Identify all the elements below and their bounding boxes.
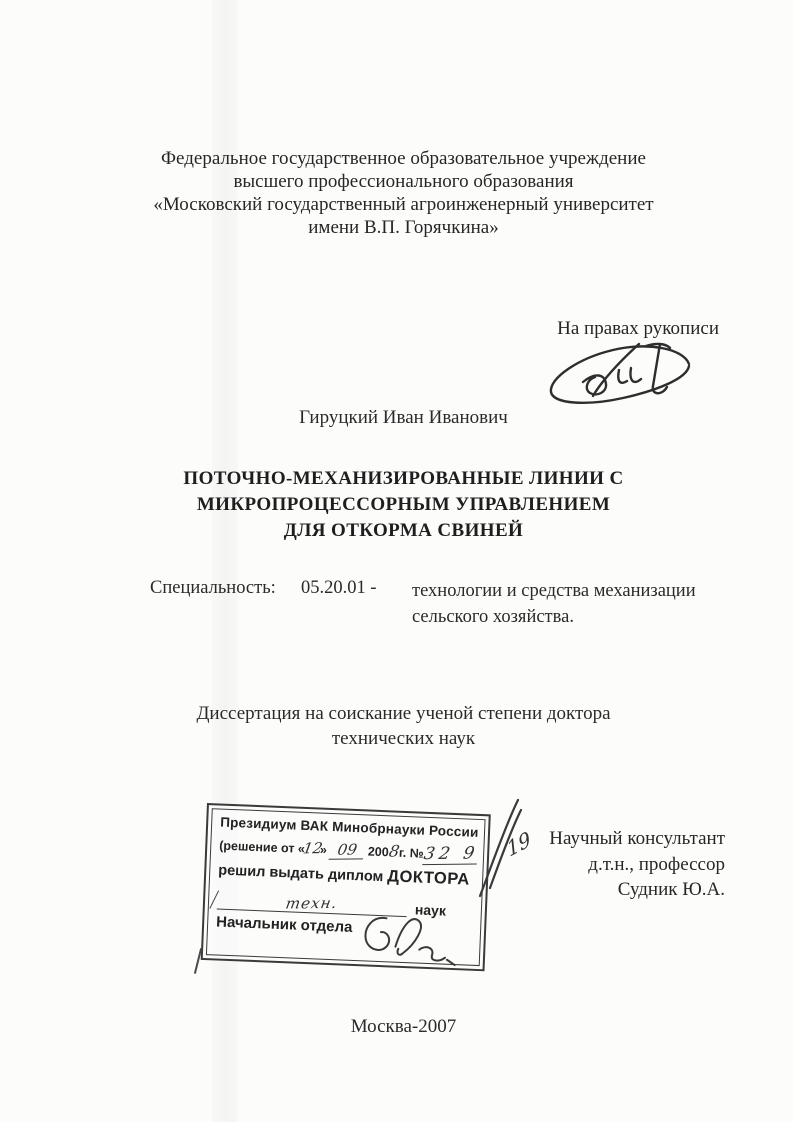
handwritten-decision-number: 32 9 xyxy=(422,844,480,865)
stamp-doctor-word: ДОКТОРА xyxy=(387,867,470,888)
city-year-footer: Москва-2007 xyxy=(14,1016,793,1038)
author-name: Гируцкий Иван Иванович xyxy=(14,407,793,429)
stray-pen-mark xyxy=(194,948,202,974)
consultant-block: Научный консультант д.т.н., профессор Су… xyxy=(549,826,725,903)
consultant-line-2: д.т.н., профессор xyxy=(549,852,725,878)
specialty-description: технологии и средства механизации сельск… xyxy=(412,578,696,630)
handwritten-branch-word: техн. xyxy=(285,894,340,912)
institution-header: Федеральное государственное образователь… xyxy=(14,147,793,239)
consultant-line-1: Научный консультант xyxy=(549,826,725,852)
dissertation-title-page: Федеральное государственное образователь… xyxy=(0,0,793,1122)
handwritten-month: 09 xyxy=(329,841,366,860)
specialty-code: 05.20.01 - xyxy=(301,578,377,599)
dissertation-statement: Диссертация на соискание ученой степени … xyxy=(14,701,793,751)
specialty-row: Специальность: 05.20.01 - технологии и с… xyxy=(0,578,793,638)
dissertation-line-1: Диссертация на соискание ученой степени … xyxy=(14,701,793,726)
specialty-label: Специальность: xyxy=(150,578,276,599)
pen-tick-mark xyxy=(209,890,231,915)
specialty-desc-line-2: сельского хозяйства. xyxy=(412,604,696,630)
institution-line-3: «Московский государственный агроинженерн… xyxy=(14,193,793,216)
dissertation-line-2: технических наук xyxy=(14,726,793,751)
author-signature-icon xyxy=(543,334,701,412)
institution-line-1: Федеральное государственное образователь… xyxy=(14,147,793,170)
title-line-1: ПОТОЧНО-МЕХАНИЗИРОВАННЫЕ ЛИНИИ С xyxy=(14,466,793,492)
handwritten-day: 12 xyxy=(301,839,323,857)
consultant-line-3: Судник Ю.А. xyxy=(549,877,725,903)
handwritten-number-overflow: 19 xyxy=(504,826,533,862)
institution-line-2: высшего профессионального образования xyxy=(14,170,793,193)
stamp-year-suffix: г. № xyxy=(399,846,424,861)
stamp-resolution-prefix: решил выдать диплом xyxy=(218,863,388,886)
institution-line-4: имени В.П. Горячкина» xyxy=(14,216,793,239)
department-head-signature-icon xyxy=(355,907,467,969)
title-line-2: МИКРОПРОЦЕССОРНЫМ УПРАВЛЕНИЕМ xyxy=(14,492,793,518)
title-line-3: ДЛЯ ОТКОРМА СВИНЕЙ xyxy=(14,518,793,544)
stamp-decision-prefix: (решение от « xyxy=(219,839,305,856)
specialty-desc-line-1: технологии и средства механизации xyxy=(412,578,696,604)
vak-stamp-inner-border: Президиум ВАК Минобрнауки России (решени… xyxy=(206,808,486,966)
vak-approval-stamp: Президиум ВАК Минобрнауки России (решени… xyxy=(201,803,491,971)
stamp-year-prefix: 200 xyxy=(368,845,389,860)
stamp-line-department-head: Начальник отдела xyxy=(216,913,473,940)
stamp-department-head-label: Начальник отдела xyxy=(216,913,353,935)
dissertation-title: ПОТОЧНО-МЕХАНИЗИРОВАННЫЕ ЛИНИИ С МИКРОПР… xyxy=(14,466,793,544)
